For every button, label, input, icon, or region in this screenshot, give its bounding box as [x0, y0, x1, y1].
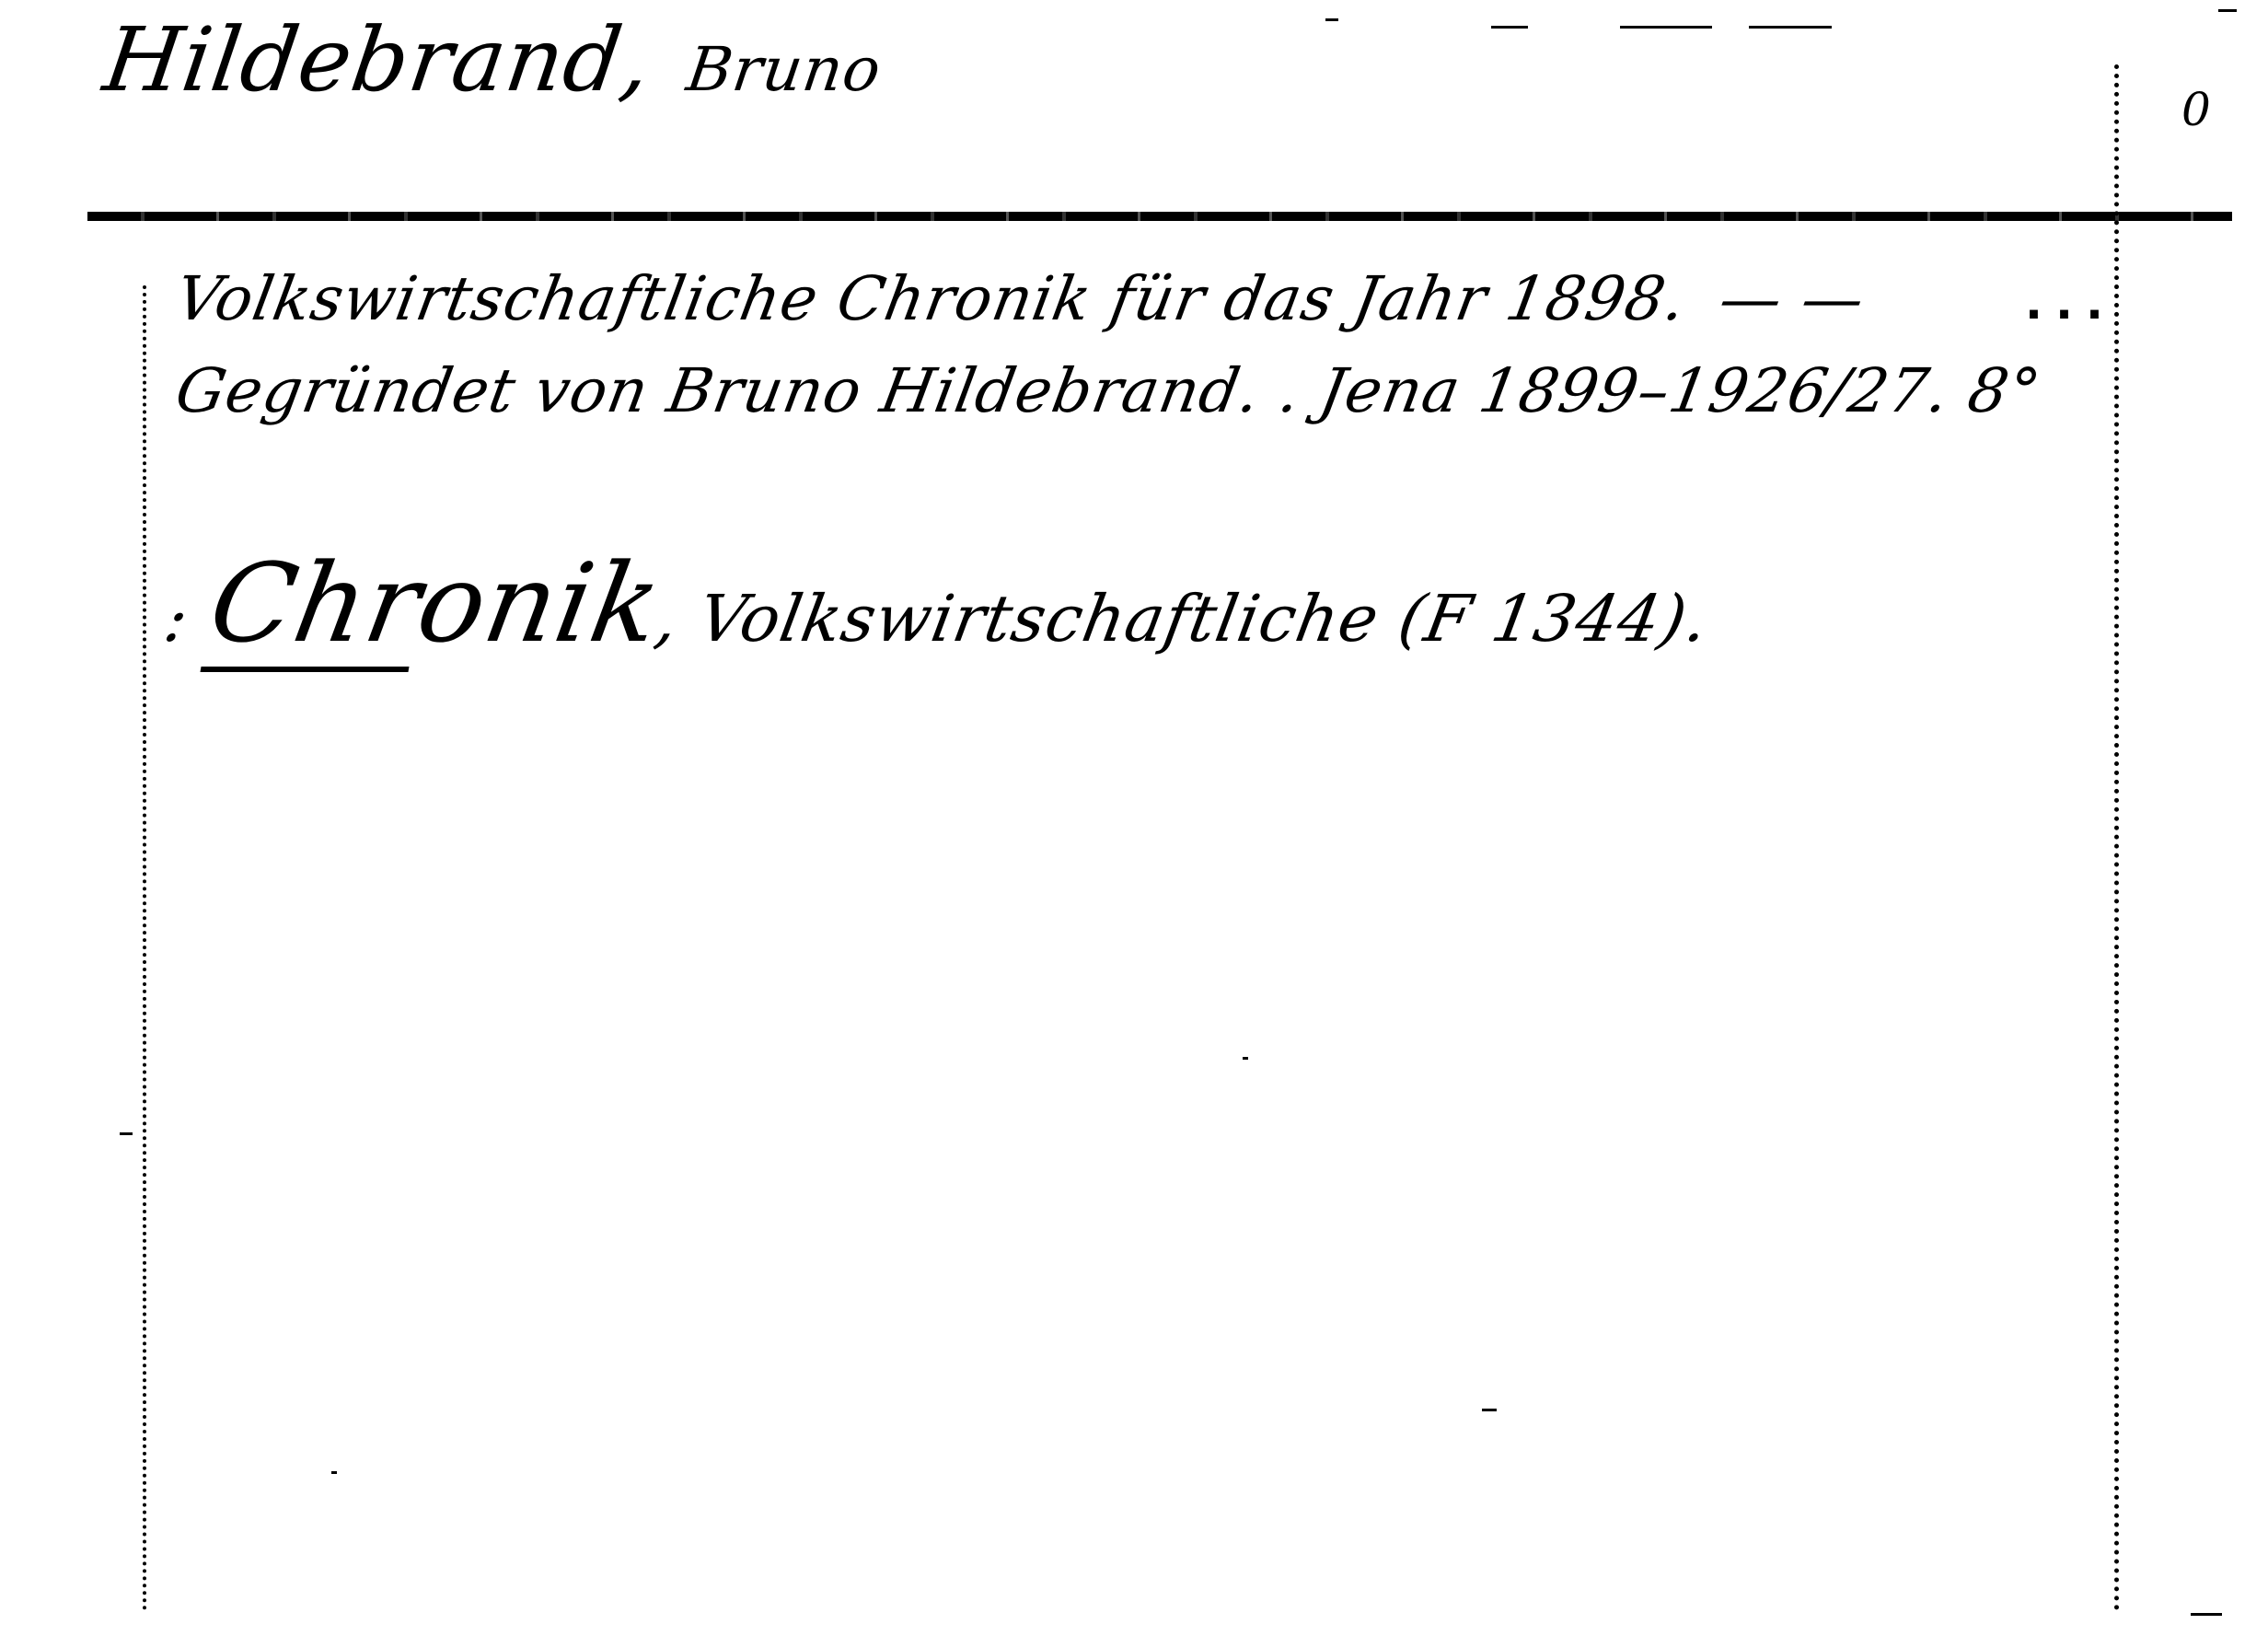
card-number: 0	[2181, 83, 2211, 136]
scan-speck	[1620, 26, 1712, 29]
scan-speck	[1491, 26, 1528, 29]
scan-speck	[1749, 26, 1832, 29]
cross-reference-prefix: :	[158, 581, 194, 656]
cross-reference-rest: , Volkswirtschaftliche (F 1344).	[650, 581, 1714, 656]
keyword-underlined-part: Chr	[200, 540, 431, 672]
continuation-dots: ...	[2025, 276, 2116, 330]
cross-reference-keyword: Chronik	[201, 540, 670, 667]
heading-divider-rule	[87, 212, 2232, 221]
entry-imprint-line: Gegründet von Bruno Hildebrand. . Jena 1…	[170, 354, 2046, 428]
keyword-rest: onik	[409, 540, 671, 667]
scan-speck	[1482, 1409, 1497, 1411]
cross-reference-line: : Chronik, Volkswirtschaftliche (F 1344)…	[156, 552, 1719, 669]
scan-speck	[120, 1132, 133, 1135]
author-surname: Hildebrand,	[98, 8, 658, 111]
catalog-card: Hildebrand, Bruno 0 Volkswirtschaftliche…	[0, 0, 2268, 1636]
author-given-name: Bruno	[683, 34, 886, 105]
entry-title: Volkswirtschaftliche Chronik für das Jah…	[170, 263, 1692, 334]
scan-speck	[1325, 18, 1338, 21]
scan-speck	[2218, 9, 2237, 12]
scan-speck	[1243, 1057, 1248, 1060]
entry-title-dashes: — —	[1714, 263, 1870, 334]
entry-title-line: Volkswirtschaftliche Chronik für das Jah…	[170, 262, 1870, 336]
card-heading: Hildebrand, Bruno	[97, 9, 889, 121]
scan-speck	[2191, 1613, 2222, 1616]
left-dotted-margin	[143, 285, 146, 1611]
scan-speck	[331, 1471, 337, 1474]
